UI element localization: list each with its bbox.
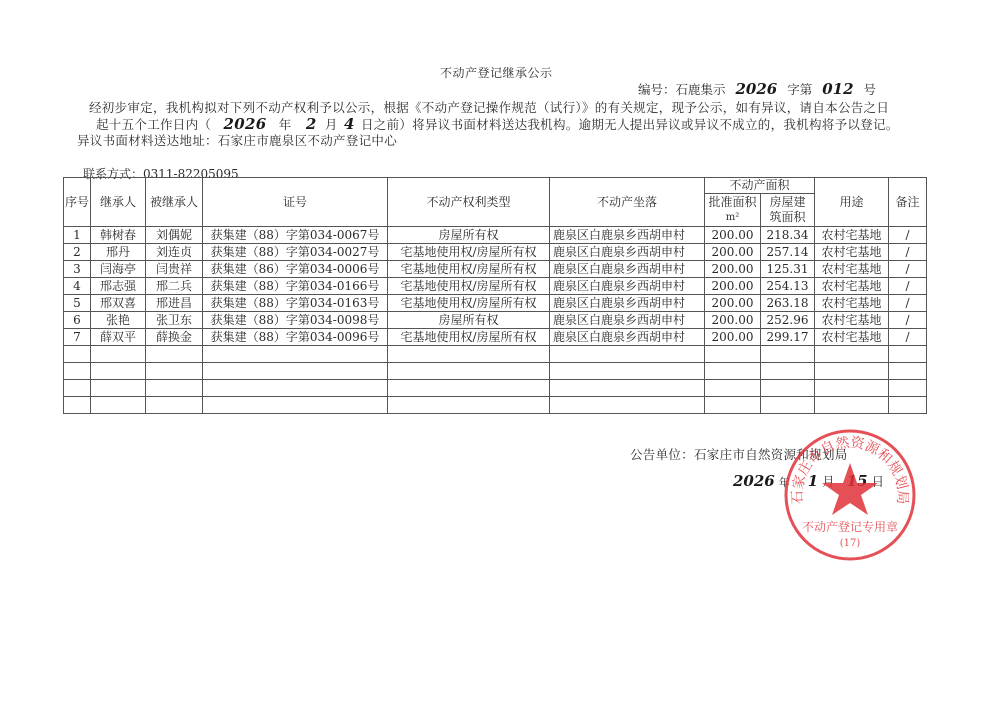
cell-empty <box>550 363 705 380</box>
cell-no: 7 <box>64 329 91 346</box>
header-location: 不动产坐落 <box>550 178 705 227</box>
line2-text-a: 起十五个工作日内（ <box>96 117 211 132</box>
cell-usage: 农村宅基地 <box>815 244 889 261</box>
cell-location: 鹿泉区白鹿泉乡西胡申村 <box>550 244 705 261</box>
cell-no: 1 <box>64 227 91 244</box>
cell-empty <box>761 346 815 363</box>
cell-cert-no: 获集建（88）字第034-0027号 <box>203 244 388 261</box>
table-row: 6张艳张卫东获集建（88）字第034-0098号房屋所有权鹿泉区白鹿泉乡西胡申村… <box>64 312 927 329</box>
table-row: 4邢志强邢二兵获集建（88）字第034-0166号宅基地使用权/房屋所有权鹿泉区… <box>64 278 927 295</box>
cell-empty <box>146 397 203 414</box>
header-no: 序号 <box>64 178 91 227</box>
cell-empty <box>146 346 203 363</box>
cell-remark: / <box>889 329 927 346</box>
serial-number-handwritten: 012 <box>822 80 853 98</box>
cell-empty <box>550 346 705 363</box>
cell-building-area: 263.18 <box>761 295 815 312</box>
table-row-empty <box>64 346 927 363</box>
cell-heir: 韩树春 <box>91 227 146 244</box>
header-area-group: 不动产面积 <box>705 178 815 194</box>
table-row-empty <box>64 380 927 397</box>
cell-approved-area: 200.00 <box>705 278 761 295</box>
cell-usage: 农村宅基地 <box>815 278 889 295</box>
cell-heir: 薛双平 <box>91 329 146 346</box>
cell-decedent: 邢进昌 <box>146 295 203 312</box>
cell-building-area: 125.31 <box>761 261 815 278</box>
objection-address: 异议书面材料送达地址：石家庄市鹿泉区不动产登记中心 <box>77 131 397 149</box>
cell-heir: 邢志强 <box>91 278 146 295</box>
cell-empty <box>815 363 889 380</box>
serial-number: 编号：石鹿集示 2026 字第 012 号 <box>638 80 876 98</box>
cell-right-type: 宅基地使用权/房屋所有权 <box>388 244 550 261</box>
cell-approved-area: 200.00 <box>705 261 761 278</box>
cell-approved-area: 200.00 <box>705 227 761 244</box>
cell-empty <box>388 380 550 397</box>
issue-month-handwritten: 1 <box>808 472 818 490</box>
cell-cert-no: 获集建（88）字第034-0098号 <box>203 312 388 329</box>
cell-empty <box>91 363 146 380</box>
seal-center-text: 不动产登记专用章 <box>802 519 898 534</box>
cell-location: 鹿泉区白鹿泉乡西胡申村 <box>550 295 705 312</box>
day-label: 日 <box>872 474 885 489</box>
cell-decedent: 张卫东 <box>146 312 203 329</box>
issue-day-handwritten: 15 <box>847 472 868 490</box>
header-approved-area: 批准面积 m² <box>705 194 761 227</box>
cell-approved-area: 200.00 <box>705 312 761 329</box>
cell-cert-no: 获集建（88）字第034-0163号 <box>203 295 388 312</box>
cell-empty <box>550 380 705 397</box>
cell-empty <box>203 380 388 397</box>
cell-empty <box>705 397 761 414</box>
header-right-type: 不动产权利类型 <box>388 178 550 227</box>
header-usage: 用途 <box>815 178 889 227</box>
cell-right-type: 宅基地使用权/房屋所有权 <box>388 278 550 295</box>
cell-cert-no: 获集建（88）字第034-0166号 <box>203 278 388 295</box>
header-decedent: 被继承人 <box>146 178 203 227</box>
cell-empty <box>705 363 761 380</box>
cell-location: 鹿泉区白鹿泉乡西胡申村 <box>550 261 705 278</box>
cell-decedent: 薛换金 <box>146 329 203 346</box>
cell-no: 2 <box>64 244 91 261</box>
cell-cert-no: 获集建（86）字第034-0006号 <box>203 261 388 278</box>
cell-empty <box>203 397 388 414</box>
inheritance-table: 序号 继承人 被继承人 证号 不动产权利类型 不动产坐落 不动产面积 用途 备注… <box>63 177 927 414</box>
cell-empty <box>146 380 203 397</box>
cell-remark: / <box>889 295 927 312</box>
cell-empty <box>91 397 146 414</box>
cell-usage: 农村宅基地 <box>815 295 889 312</box>
cell-empty <box>64 346 91 363</box>
cell-remark: / <box>889 227 927 244</box>
cell-empty <box>705 346 761 363</box>
cell-right-type: 宅基地使用权/房屋所有权 <box>388 261 550 278</box>
cell-empty <box>203 346 388 363</box>
table-row: 3闫海亭闫贵祥获集建（86）字第034-0006号宅基地使用权/房屋所有权鹿泉区… <box>64 261 927 278</box>
cell-remark: / <box>889 312 927 329</box>
cell-empty <box>889 346 927 363</box>
table-row: 7薛双平薛换金获集建（88）字第034-0096号宅基地使用权/房屋所有权鹿泉区… <box>64 329 927 346</box>
cell-decedent: 闫贵祥 <box>146 261 203 278</box>
cell-approved-area: 200.00 <box>705 244 761 261</box>
cell-approved-area: 200.00 <box>705 329 761 346</box>
serial-middle: 字第 <box>787 82 812 97</box>
serial-year-handwritten: 2026 <box>736 80 778 98</box>
cell-approved-area: 200.00 <box>705 295 761 312</box>
cell-no: 5 <box>64 295 91 312</box>
table-row: 5邢双喜邢进昌获集建（88）字第034-0163号宅基地使用权/房屋所有权鹿泉区… <box>64 295 927 312</box>
cell-empty <box>64 380 91 397</box>
cell-location: 鹿泉区白鹿泉乡西胡申村 <box>550 329 705 346</box>
cell-heir: 邢丹 <box>91 244 146 261</box>
serial-prefix: 编号：石鹿集示 <box>638 82 726 97</box>
month-label: 月 <box>822 474 835 489</box>
cell-empty <box>705 380 761 397</box>
table-row-empty <box>64 363 927 380</box>
issue-year-handwritten: 2026 <box>733 472 775 490</box>
cell-empty <box>761 397 815 414</box>
cell-right-type: 房屋所有权 <box>388 227 550 244</box>
document-title: 不动产登记继承公示 <box>440 64 553 81</box>
notice-paragraph-line1: 经初步审定，我机构拟对下列不动产权利予以公示，根据《不动产登记操作规范（试行）》… <box>89 98 889 116</box>
issuing-authority: 公告单位：石家庄市自然资源和规划局 <box>630 445 848 463</box>
line2-text-c: 月 <box>325 117 338 132</box>
serial-suffix: 号 <box>864 82 877 97</box>
cell-empty <box>889 380 927 397</box>
cell-empty <box>146 363 203 380</box>
cell-cert-no: 获集建（88）字第034-0096号 <box>203 329 388 346</box>
cell-heir: 闫海亭 <box>91 261 146 278</box>
cell-empty <box>761 380 815 397</box>
cell-empty <box>550 397 705 414</box>
table-row: 1韩树春刘偶妮获集建（88）字第034-0067号房屋所有权鹿泉区白鹿泉乡西胡申… <box>64 227 927 244</box>
cell-usage: 农村宅基地 <box>815 261 889 278</box>
cell-cert-no: 获集建（88）字第034-0067号 <box>203 227 388 244</box>
cell-empty <box>815 397 889 414</box>
line2-text-d: 日之前）将异议书面材料送达我机构。逾期无人提出异议或异议不成立的，我机构将予以登… <box>361 117 899 132</box>
header-building-area: 房屋建 筑面积 <box>761 194 815 227</box>
cell-location: 鹿泉区白鹿泉乡西胡申村 <box>550 312 705 329</box>
cell-remark: / <box>889 278 927 295</box>
seal-number: (17) <box>840 538 861 549</box>
table-row: 2邢丹刘连贞获集建（88）字第034-0027号宅基地使用权/房屋所有权鹿泉区白… <box>64 244 927 261</box>
header-cert-no: 证号 <box>203 178 388 227</box>
cell-decedent: 刘偶妮 <box>146 227 203 244</box>
cell-building-area: 218.34 <box>761 227 815 244</box>
cell-right-type: 宅基地使用权/房屋所有权 <box>388 295 550 312</box>
cell-empty <box>889 397 927 414</box>
cell-empty <box>91 380 146 397</box>
cell-building-area: 299.17 <box>761 329 815 346</box>
cell-empty <box>815 346 889 363</box>
cell-empty <box>761 363 815 380</box>
cell-remark: / <box>889 244 927 261</box>
cell-heir: 张艳 <box>91 312 146 329</box>
cell-empty <box>815 380 889 397</box>
cell-empty <box>388 363 550 380</box>
cell-building-area: 257.14 <box>761 244 815 261</box>
cell-decedent: 邢二兵 <box>146 278 203 295</box>
issue-date: 2026 年 1 月 15 日 <box>733 472 884 490</box>
cell-empty <box>64 363 91 380</box>
year-label: 年 <box>779 476 790 489</box>
cell-building-area: 252.96 <box>761 312 815 329</box>
cell-no: 3 <box>64 261 91 278</box>
table-row-empty <box>64 397 927 414</box>
cell-empty <box>64 397 91 414</box>
cell-building-area: 254.13 <box>761 278 815 295</box>
cell-heir: 邢双喜 <box>91 295 146 312</box>
cell-empty <box>889 363 927 380</box>
header-remark: 备注 <box>889 178 927 227</box>
line2-text-b: 年 <box>279 117 292 132</box>
cell-remark: / <box>889 261 927 278</box>
cell-usage: 农村宅基地 <box>815 312 889 329</box>
cell-decedent: 刘连贞 <box>146 244 203 261</box>
header-heir: 继承人 <box>91 178 146 227</box>
cell-usage: 农村宅基地 <box>815 227 889 244</box>
cell-no: 6 <box>64 312 91 329</box>
cell-right-type: 房屋所有权 <box>388 312 550 329</box>
cell-empty <box>388 397 550 414</box>
cell-usage: 农村宅基地 <box>815 329 889 346</box>
cell-empty <box>388 346 550 363</box>
cell-empty <box>91 346 146 363</box>
cell-no: 4 <box>64 278 91 295</box>
cell-right-type: 宅基地使用权/房屋所有权 <box>388 329 550 346</box>
cell-location: 鹿泉区白鹿泉乡西胡申村 <box>550 278 705 295</box>
cell-location: 鹿泉区白鹿泉乡西胡申村 <box>550 227 705 244</box>
cell-empty <box>203 363 388 380</box>
